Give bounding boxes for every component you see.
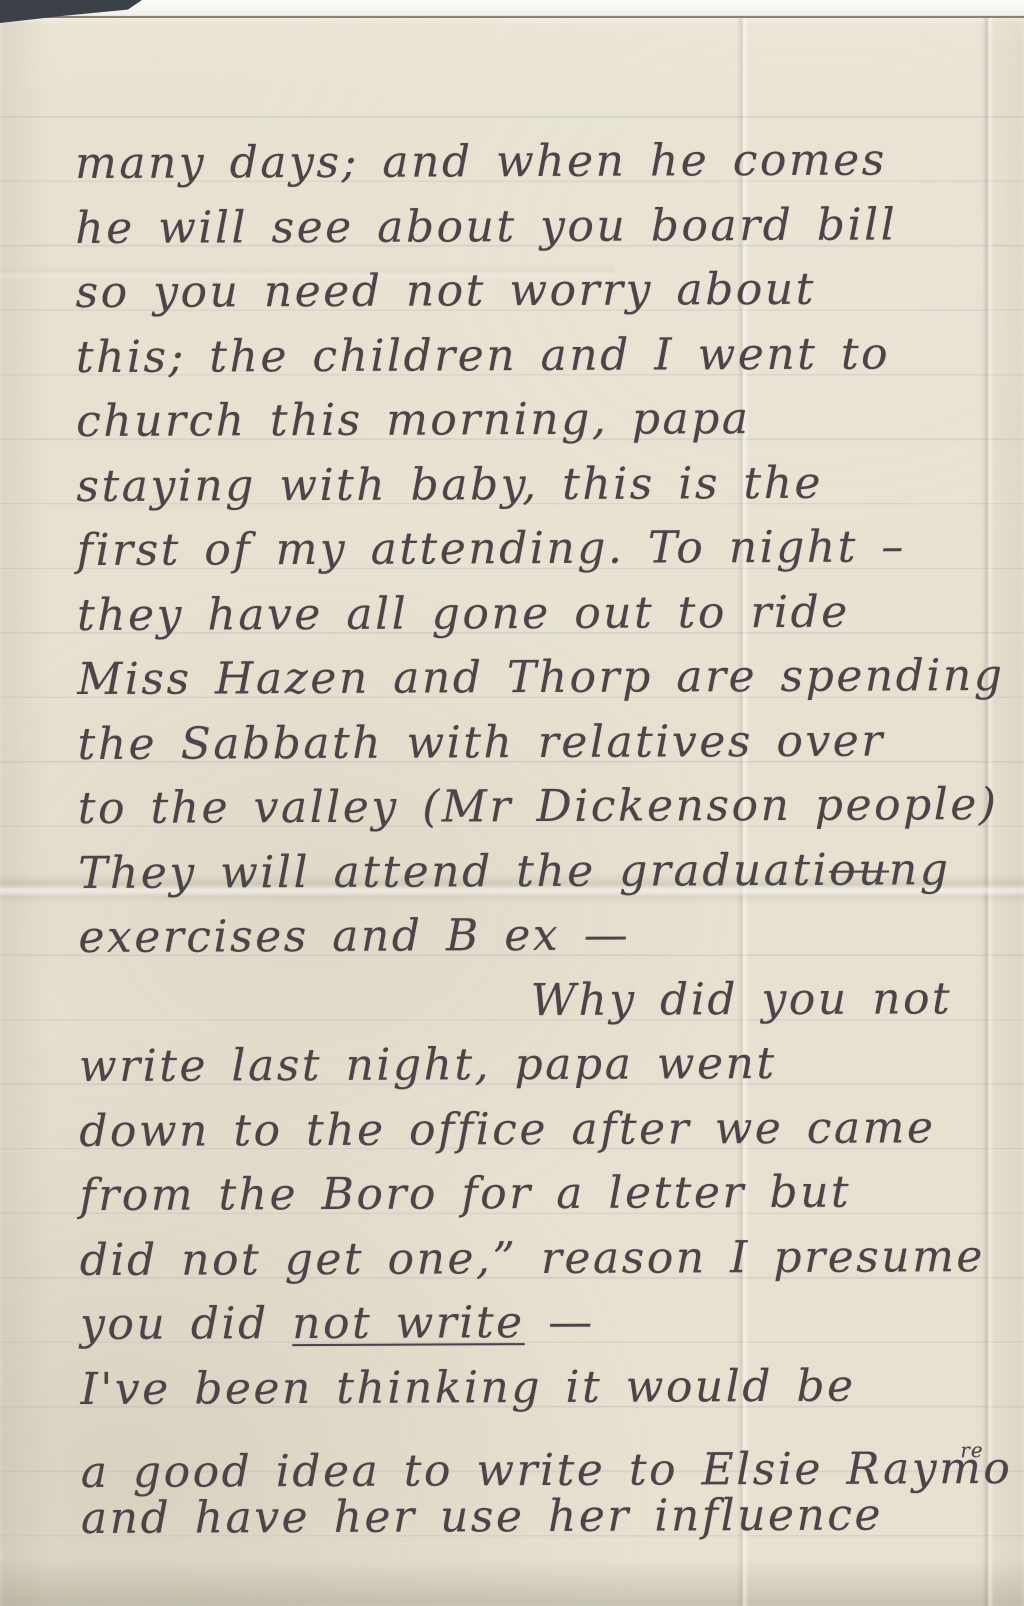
letter-line-segment: — <box>525 1297 595 1348</box>
letter-line-segment: I've been thinking it would be <box>80 1360 855 1414</box>
letter-line-segment: write last night, papa went <box>79 1038 777 1092</box>
letter-line: write last night, papa went <box>79 1031 1015 1100</box>
letter-line: exercises and B ex — <box>78 902 1014 971</box>
letter-line: many days; and when he comes <box>75 128 1011 197</box>
letter-line: Miss Hazen and Thorp are spending <box>77 644 1013 713</box>
letter-line-segment: you did <box>80 1298 292 1350</box>
letter-line-segment: down to the office after we came <box>79 1102 935 1157</box>
letter-line-segment: Miss Hazen and Thorp are spending <box>77 650 1004 705</box>
letter-line-segment: he will see about you board bill <box>75 199 897 254</box>
letter-line-segment: from the Boro for a letter but <box>79 1167 851 1221</box>
letter-line: and have her use her influence <box>81 1482 1017 1551</box>
letter-line-segment: first of my attending. To night – <box>77 521 906 576</box>
letter-line-segment: this; the children and I went to <box>76 328 890 383</box>
letter-line: first of my attending. To night – <box>77 515 1013 584</box>
letter-line-segment: the Sabbath with relatives over <box>77 715 884 770</box>
letter-line-segment: and have her use her influence <box>81 1489 883 1543</box>
letter-line: I've been thinking it would be <box>80 1353 1016 1422</box>
letter-paper: many days; and when he comeshe will see … <box>0 16 1024 1606</box>
letter-line-segment: church this morning, papa <box>76 393 751 447</box>
letter-line-segment: they have all gone out to ride <box>77 586 850 640</box>
letter-line-segment-strike: ou <box>829 844 889 895</box>
letter-line-segment: exercises and B ex — <box>78 910 630 963</box>
letter-line: a good idea to write to Elsie Raymore <box>81 1418 1017 1487</box>
letter-line: Why did you not <box>79 966 1015 1035</box>
letter-line: to the valley (Mr Dickenson people) <box>78 773 1014 842</box>
letter-line: down to the office after we came <box>79 1095 1015 1164</box>
letter-line-segment: many days; and when he comes <box>75 135 887 190</box>
letter-line: church this morning, papa <box>76 386 1012 455</box>
letter-line-segment: Why did you not <box>531 973 953 1026</box>
letter-line: from the Boro for a letter but <box>79 1160 1015 1229</box>
letter-text: many days; and when he comeshe will see … <box>75 128 1017 1551</box>
letter-line-segment-underline: not write <box>292 1297 525 1349</box>
letter-line: this; the children and I went to <box>76 321 1012 390</box>
letter-line: they have all gone out to ride <box>77 579 1013 648</box>
letter-line: staying with baby, this is the <box>76 450 1012 519</box>
letter-line: so you need not worry about <box>75 257 1011 326</box>
letter-line-segment: so you need not worry about <box>75 264 815 318</box>
letter-line: They will attend the graduatioung <box>78 837 1014 906</box>
letter-line-segment-sup: re <box>960 1438 984 1462</box>
letter-line: you did not write — <box>80 1289 1016 1358</box>
letter-line: did not get one,” reason I presume <box>80 1224 1016 1293</box>
letter-line: the Sabbath with relatives over <box>77 708 1013 777</box>
letter-line-segment: to the valley (Mr Dickenson people) <box>78 779 999 834</box>
letter-line-segment: staying with baby, this is the <box>76 457 823 511</box>
adjacent-page-edge <box>0 0 1024 17</box>
letter-line-segment: did not get one,” reason I presume <box>80 1231 985 1286</box>
letter-line-segment: They will attend the graduati <box>78 844 829 898</box>
letter-line-segment: ng <box>889 844 951 895</box>
letter-line: he will see about you board bill <box>75 192 1011 261</box>
